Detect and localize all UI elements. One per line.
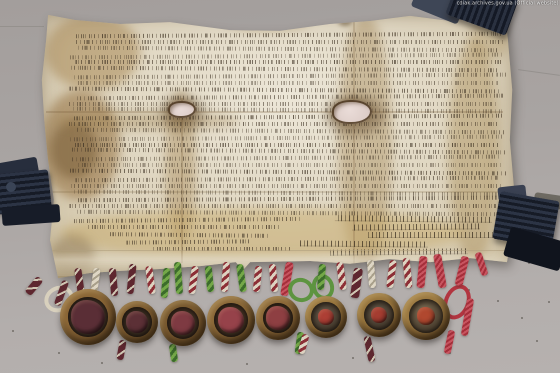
wax-seal [60, 289, 116, 345]
wax-seal [357, 293, 401, 337]
wax-seal [116, 301, 158, 343]
seal-wax-center [71, 300, 105, 334]
seal-wax-center [371, 307, 387, 323]
seal-wax-center [417, 307, 435, 325]
wax-seal [256, 296, 300, 340]
left-clamp-knob [6, 182, 16, 192]
wax-seal [207, 296, 255, 344]
archival-photo: cdiak.archives.gov.ua (Official website) [0, 0, 560, 373]
wax-seals [0, 0, 560, 373]
wax-seal [305, 296, 347, 338]
wax-seal [160, 300, 206, 346]
seal-wax-center [126, 311, 148, 333]
seal-wax-center [318, 309, 334, 325]
wax-seal [402, 292, 450, 340]
seal-wax-center [266, 306, 290, 330]
archive-watermark: cdiak.archives.gov.ua (Official website) [457, 1, 559, 6]
seal-wax-center [218, 307, 244, 333]
seal-wax-center [171, 311, 195, 335]
